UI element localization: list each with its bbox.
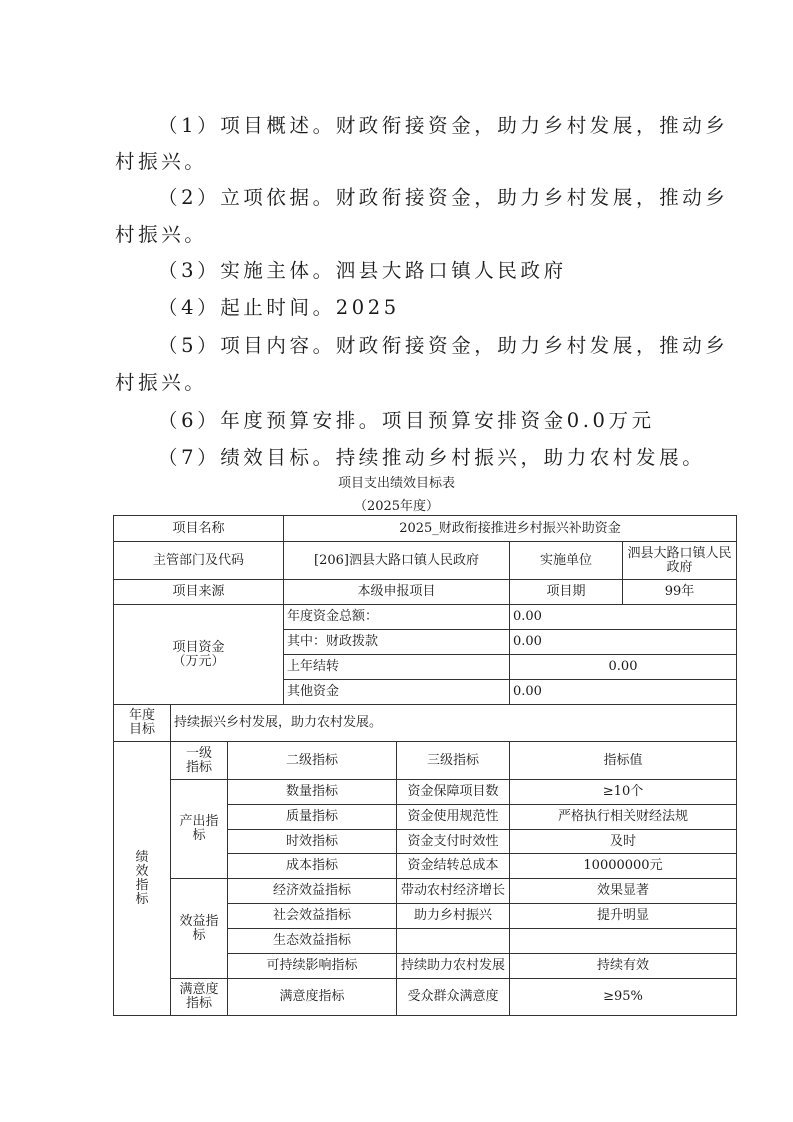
level3-cell: 持续助力农村发展 [397, 954, 510, 979]
level2-cell: 满意度指标 [228, 979, 397, 1016]
funds-fiscal-label: 其中：财政拨款 [284, 630, 510, 655]
level3-cell [397, 929, 510, 954]
level2-cell: 数量指标 [228, 780, 397, 805]
level2-cell: 社会效益指标 [228, 904, 397, 929]
level3-cell: 受众群众满意度 [397, 979, 510, 1016]
value-cell: 持续有效 [510, 954, 737, 979]
funds-fiscal-value: 0.00 [510, 630, 737, 655]
value-cell: 效果显著 [510, 879, 737, 904]
impl-label: 实施单位 [510, 542, 623, 580]
funds-other-value: 0.00 [510, 680, 737, 705]
funds-carryover-value: 0.00 [510, 655, 737, 680]
level3-cell: 带动农村经济增长 [397, 879, 510, 904]
funds-total-value: 0.00 [510, 605, 737, 630]
level3-cell: 资金结转总成本 [397, 854, 510, 879]
level3-cell: 助力乡村振兴 [397, 904, 510, 929]
value-cell: 10000000元 [510, 854, 737, 879]
funds-label-text: 项目资金 [116, 641, 281, 655]
source-label: 项目来源 [114, 580, 284, 605]
level2-cell: 经济效益指标 [228, 879, 397, 904]
paragraph-line: （1）项目概述。财政衔接资金，助力乡村发展，推动乡 [158, 114, 728, 138]
header-level3: 三级指标 [397, 742, 510, 780]
header-level1: 一级指标 [171, 742, 228, 780]
annual-target-label: 年度目标 [114, 705, 171, 742]
level2-cell: 生态效益指标 [228, 929, 397, 954]
funds-unit: （万元） [116, 655, 281, 669]
output-indicator-label: 产出指标 [171, 780, 228, 879]
value-cell: 及时 [510, 830, 737, 854]
paragraph-line: （3）实施主体。泗县大路口镇人民政府 [158, 259, 567, 283]
level2-cell: 质量指标 [228, 805, 397, 830]
paragraph-line: （6）年度预算安排。项目预算安排资金0.0万元 [158, 409, 655, 433]
period-value: 99年 [623, 580, 737, 605]
paragraph-line: 村振兴。 [115, 150, 207, 174]
impl-value: 泗县大路口镇人民政府 [623, 542, 737, 580]
value-cell: 严格执行相关财经法规 [510, 805, 737, 830]
header-value: 指标值 [510, 742, 737, 780]
funds-carryover-label: 上年结转 [284, 655, 510, 680]
value-cell: ≥95% [510, 979, 737, 1016]
funds-label: 项目资金 （万元） [114, 605, 284, 705]
dept-value: [206]泗县大路口镇人民政府 [284, 542, 510, 580]
dept-label: 主管部门及代码 [114, 542, 284, 580]
value-cell [510, 929, 737, 954]
performance-target-table: 项目名称 2025_财政衔接推进乡村振兴补助资金 主管部门及代码 [206]泗县… [113, 515, 737, 1016]
paragraph-line: 村振兴。 [115, 371, 207, 395]
satisfaction-indicator-label: 满意度指标 [171, 979, 228, 1016]
project-name-label: 项目名称 [114, 516, 284, 542]
level2-cell: 成本指标 [228, 854, 397, 879]
level3-cell: 资金保障项目数 [397, 780, 510, 805]
paragraph-line: （5）项目内容。财政衔接资金，助力乡村发展，推动乡 [158, 334, 728, 358]
project-name-value: 2025_财政衔接推进乡村振兴补助资金 [284, 516, 737, 542]
level3-cell: 资金使用规范性 [397, 805, 510, 830]
level2-cell: 时效指标 [228, 830, 397, 854]
funds-other-label: 其他资金 [284, 680, 510, 705]
level2-cell: 可持续影响指标 [228, 954, 397, 979]
paragraph-line: 村振兴。 [115, 223, 207, 247]
paragraph-line: （7）绩效目标。持续推动乡村振兴，助力农村发展。 [158, 446, 705, 470]
paragraph-line: （4）起止时间。2025 [158, 296, 400, 320]
benefit-indicator-label: 效益指标 [171, 879, 228, 979]
period-label: 项目期 [510, 580, 623, 605]
table-title: 项目支出绩效目标表 [0, 472, 793, 491]
value-cell: 提升明显 [510, 904, 737, 929]
level3-cell: 资金支付时效性 [397, 830, 510, 854]
funds-total-label: 年度资金总额： [284, 605, 510, 630]
paragraph-line: （2）立项依据。财政衔接资金，助力乡村发展，推动乡 [158, 186, 728, 210]
annual-target-value: 持续振兴乡村发展，助力农村发展。 [171, 705, 737, 742]
perf-indicators-label: 绩效指标 [114, 742, 171, 1016]
value-cell: ≥10个 [510, 780, 737, 805]
source-value: 本级申报项目 [284, 580, 510, 605]
header-level2: 二级指标 [228, 742, 397, 780]
table-subtitle: （2025年度） [0, 495, 793, 514]
